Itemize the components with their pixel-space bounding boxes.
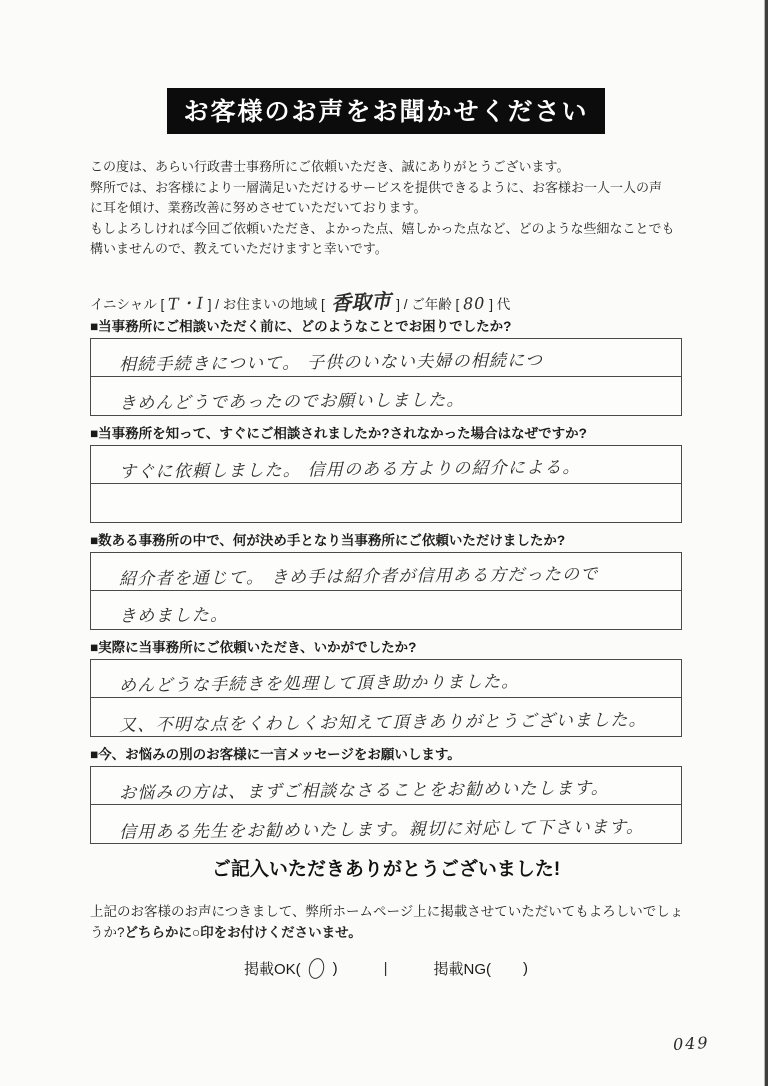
publish-note: 上記のお客様のお声につきまして、弊所ホームページ上に掲載させていただいてもよろし… — [90, 901, 682, 943]
profile-age-label: ] / ご年齢 [ — [396, 297, 459, 312]
handwritten-answer: 紹介者を通じて。 きめ手は紹介者が信用ある方だったので — [119, 559, 599, 589]
publish-ng-label: 掲載NG( — [434, 958, 492, 979]
answer-line-2 — [91, 484, 681, 522]
answer-box: 相続手続きについて。 子供のいない夫婦の相続につ きめんどうであったのでお願いし… — [90, 338, 682, 416]
handwritten-answer: 相続手続きについて。 子供のいない夫婦の相続につ — [119, 345, 543, 374]
handwritten-age: 80 — [463, 293, 486, 313]
answer-line-2: 信用ある先生をお勧めいたします。親切に対応して下さいます。 — [91, 805, 681, 843]
question-block-5: ■今、お悩みの別のお客様に一言メッセージをお願いします。 お悩みの方は、まずご相… — [90, 743, 682, 844]
answer-line-1: 紹介者を通じて。 きめ手は紹介者が信用ある方だったので — [91, 553, 681, 591]
ok-mark-slot — [301, 957, 333, 981]
intro-line: この度は、あらい行政書士事務所にご依頼いただき、誠にありがとうございます。 — [90, 157, 682, 178]
answer-line-1: すぐに依頼しました。 信用のある方よりの紹介による。 — [91, 446, 681, 484]
publish-ok-option: 掲載OK( ) — [244, 957, 338, 981]
intro-line: 構いませんので、教えていただけますと幸いです。 — [90, 239, 682, 260]
form-page: お客様のお声をお聞かせください この度は、あらい行政書士事務所にご依頼いただき、… — [90, 0, 682, 981]
answer-line-1: お悩みの方は、まずご相談なさることをお勧めいたします。 — [91, 767, 681, 805]
answer-line-1: 相続手続きについて。 子供のいない夫婦の相続につ — [91, 339, 681, 377]
question-block-1: ■当事務所にご相談いただく前に、どのようなことでお困りでしたか? 相続手続きにつ… — [90, 315, 682, 416]
question-label: ■今、お悩みの別のお客様に一言メッセージをお願いします。 — [90, 743, 682, 763]
ng-mark-slot — [491, 957, 523, 981]
handwritten-initial: T・I — [168, 290, 205, 314]
intro-paragraph: この度は、あらい行政書士事務所にご依頼いただき、誠にありがとうございます。 弊所… — [90, 157, 682, 260]
profile-row: イニシャル [ T・I ] / お住まいの地域 [ 香取市 ] / ご年齢 [ … — [90, 286, 682, 315]
intro-line: 弊所では、お客様により一層満足いただけるサービスを提供できるように、お客様お一人… — [90, 178, 682, 199]
publish-divider: | — [384, 960, 388, 977]
answer-line-1: めんどうな手続きを処理して頂き助かりました。 — [91, 660, 681, 698]
handwritten-answer: きめんどうであったのでお願いしました。 — [119, 385, 465, 414]
intro-line: に耳を傾け、業務改善に努めさせていただいております。 — [90, 198, 682, 219]
publish-note-line-2: うか?どちらかに○印をお付けくださいませ。 — [90, 922, 682, 943]
question-label: ■数ある事務所の中で、何が決め手となり当事務所にご依頼いただけましたか? — [90, 529, 682, 549]
question-block-4: ■実際に当事務所にご依頼いただき、いかがでしたか? めんどうな手続きを処理して頂… — [90, 636, 682, 737]
handwritten-answer: 信用ある先生をお勧めいたします。親切に対応して下さいます。 — [119, 812, 644, 842]
question-label: ■当事務所にご相談いただく前に、どのようなことでお困りでしたか? — [90, 315, 682, 335]
answer-box: めんどうな手続きを処理して頂き助かりました。 又、不明な点をくわしくお知えて頂き… — [90, 659, 682, 737]
answer-box: お悩みの方は、まずご相談なさることをお勧めいたします。 信用ある先生をお勧めいた… — [90, 766, 682, 844]
answer-box: すぐに依頼しました。 信用のある方よりの紹介による。 — [90, 445, 682, 523]
answer-line-2: きめました。 — [91, 591, 681, 629]
publish-note-line-2-normal: うか? — [90, 925, 125, 940]
publish-note-line-2-bold: どちらかに○印をお付けくださいませ。 — [125, 925, 362, 940]
handwritten-region: 香取市 — [330, 284, 391, 316]
handwritten-answer: きめました。 — [119, 600, 228, 626]
publish-ok-label: 掲載OK( — [244, 958, 301, 979]
answer-line-2: 又、不明な点をくわしくお知えて頂きありがとうございました。 — [91, 698, 681, 736]
intro-line: もしよろしければ今回ご依頼いただき、よかった点、嬉しかった点など、どのような些細… — [90, 219, 682, 240]
answer-box: 紹介者を通じて。 きめ手は紹介者が信用ある方だったので きめました。 — [90, 552, 682, 630]
thanks-heading: ご記入いただきありがとうございました! — [90, 854, 682, 881]
page-title: お客様のお声をお聞かせください — [167, 88, 604, 134]
question-label: ■当事務所を知って、すぐにご相談されましたか?されなかった場合はなぜですか? — [90, 422, 682, 442]
question-block-3: ■数ある事務所の中で、何が決め手となり当事務所にご依頼いただけましたか? 紹介者… — [90, 529, 682, 630]
page-number: 049 — [673, 1033, 710, 1054]
profile-age-suffix: ] 代 — [489, 297, 510, 312]
profile-region-label: ] / お住まいの地域 [ — [208, 297, 325, 312]
handwritten-answer: すぐに依頼しました。 信用のある方よりの紹介による。 — [119, 452, 581, 482]
handwritten-answer: めんどうな手続きを処理して頂き助かりました。 — [119, 666, 520, 695]
question-block-2: ■当事務所を知って、すぐにご相談されましたか?されなかった場合はなぜですか? す… — [90, 422, 682, 523]
title-banner-wrap: お客様のお声をお聞かせください — [90, 88, 682, 134]
handwritten-answer: 又、不明な点をくわしくお知えて頂きありがとうございました。 — [119, 705, 647, 736]
publish-ng-close: ) — [523, 960, 528, 977]
publish-note-line-1: 上記のお客様のお声につきまして、弊所ホームページ上に掲載させていただいてもよろし… — [90, 901, 682, 922]
handwritten-answer: お悩みの方は、まずご相談なさることをお勧めいたします。 — [119, 773, 609, 803]
profile-initial-label: イニシャル [ — [90, 297, 164, 312]
publish-consent-row: 掲載OK( ) | 掲載NG( ) — [90, 957, 682, 981]
publish-ok-close: ) — [333, 960, 338, 977]
publish-ng-option: 掲載NG( ) — [434, 957, 529, 981]
question-label: ■実際に当事務所にご依頼いただき、いかがでしたか? — [90, 636, 682, 656]
answer-line-2: きめんどうであったのでお願いしました。 — [91, 377, 681, 415]
handwritten-circle-mark — [307, 956, 327, 980]
